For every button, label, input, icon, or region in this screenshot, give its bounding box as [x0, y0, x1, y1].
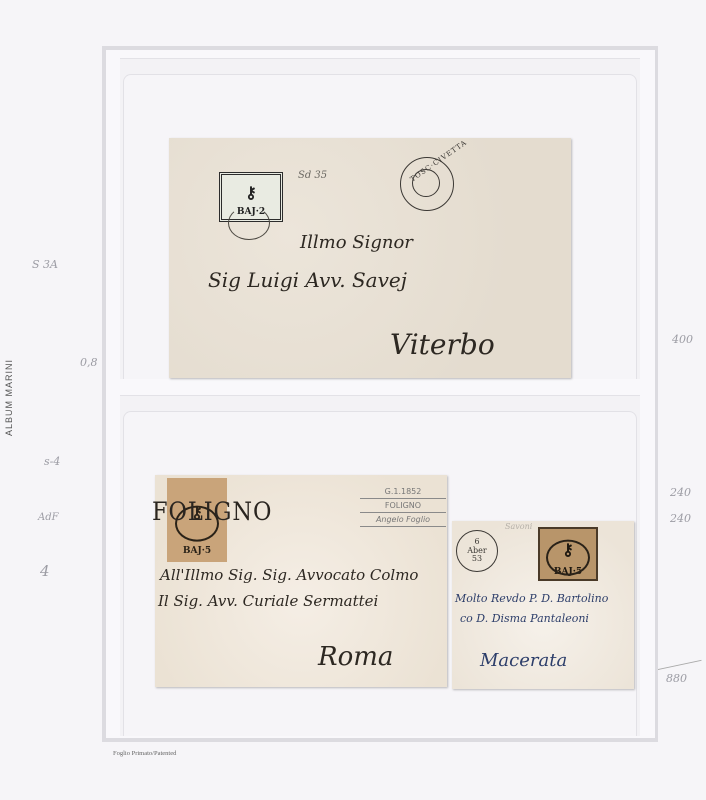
address-line-1: All'Illmo Sig. Sig. Avvocato Colmo [160, 566, 418, 584]
expert-label-signature: Angelo Foglio [360, 513, 446, 527]
album-spine-label: ALBUM MARINI [4, 359, 14, 436]
pencil-note-top: Sd 35 [298, 170, 327, 181]
margin-note-s4: s-4 [44, 455, 60, 468]
footer-note: Foglio Primato/Patented [113, 750, 176, 757]
postmark-foligno: FOLIGNO [152, 497, 272, 526]
expert-label-date: G.1.1852 [360, 485, 446, 499]
address-line-1: Molto Revdo P. D. Bartolino [455, 592, 608, 605]
postmark-year: 53 [472, 555, 482, 563]
address-city: Roma [318, 642, 393, 672]
expert-label-town: FOLIGNO [360, 499, 446, 513]
margin-note-price-4: 880 [666, 672, 687, 685]
margin-note-adf: AdF [38, 512, 59, 523]
postmark-civeta: TOSC·CIVETTA [400, 157, 454, 211]
expert-label: G.1.1852 FOLIGNO Angelo Foglio [360, 485, 446, 527]
address-city: Viterbo [390, 328, 495, 361]
pencil-note: Savoni [505, 522, 532, 531]
margin-note-price-3: 240 [670, 512, 691, 525]
margin-note-grade: 0,8 [80, 356, 98, 369]
address-line-2: co D. Disma Pantaleoni [460, 612, 589, 625]
papal-keys-icon: ⚷ [562, 542, 574, 558]
cancellation-mark [228, 206, 270, 240]
stamp-baj-5-macerata: ⚷ BAJ·5 [538, 527, 598, 581]
margin-note-price-1: 400 [672, 333, 693, 346]
papal-keys-icon: ⚷ [245, 185, 257, 201]
margin-note-four: 4 [40, 562, 50, 580]
pencil-divider-line [652, 660, 701, 671]
margin-note-s3a: S 3A [32, 258, 58, 271]
postmark-date: 6 Aber 53 [456, 530, 498, 572]
address-city: Macerata [480, 650, 567, 671]
address-line-1: Illmo Signor [300, 232, 413, 253]
address-line-2: Sig Luigi Avv. Savej [208, 268, 407, 292]
address-line-2: Il Sig. Avv. Curiale Sermattei [158, 592, 378, 610]
stamp-denomination: BAJ·5 [183, 546, 211, 556]
margin-note-price-2: 240 [670, 486, 691, 499]
